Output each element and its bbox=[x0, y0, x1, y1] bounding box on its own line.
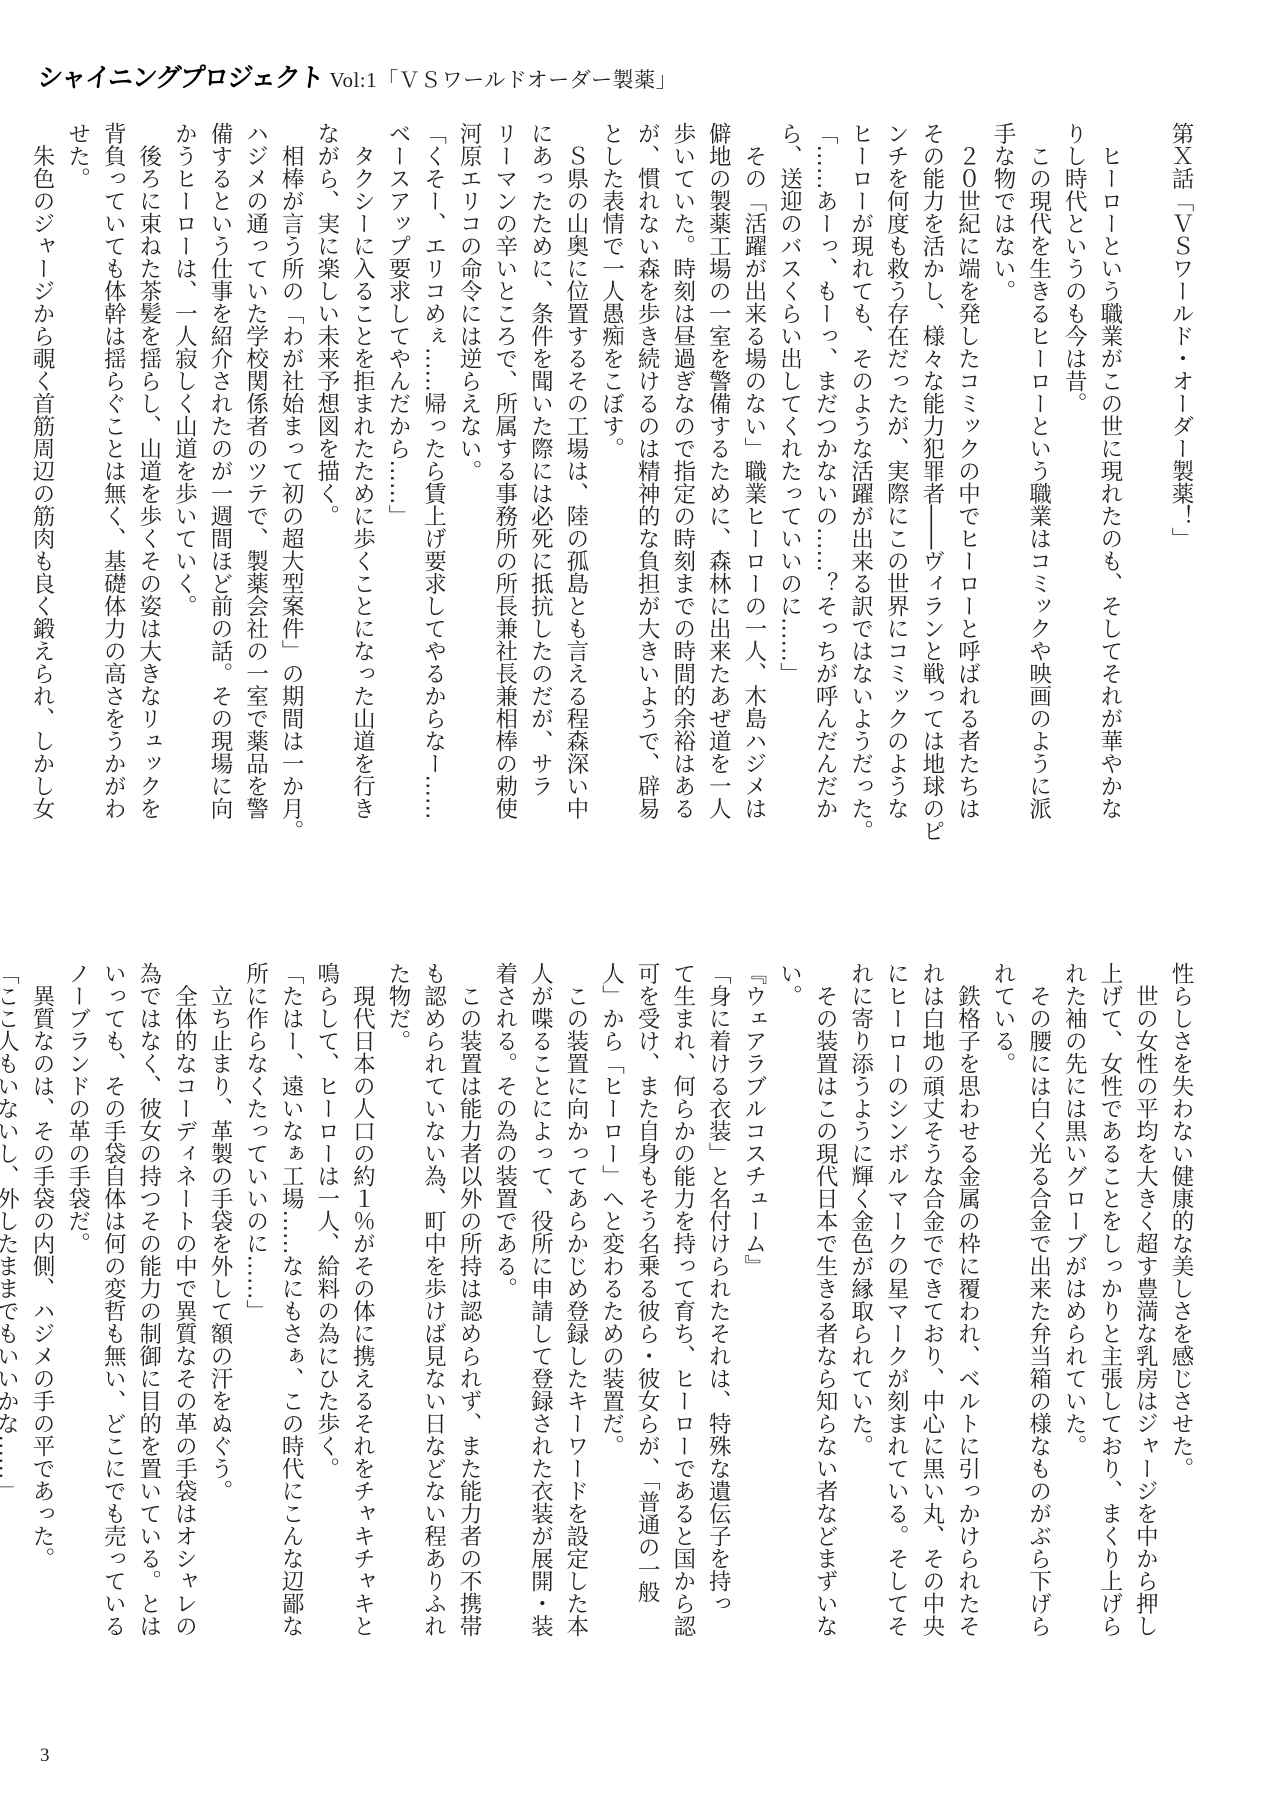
text-line: 後ろに束ねた茶髪を揺らし、山道を歩くその姿は大きなリュックを bbox=[130, 122, 166, 952]
text-line: 着される。その為の装置である。 bbox=[486, 962, 522, 1792]
text-line: ベースアップ要求してやんだから……」 bbox=[379, 122, 415, 952]
text-line: れに寄り添うように輝く金色が縁取られていた。 bbox=[842, 962, 878, 1792]
text-line: 人が喋ることによって、役所に申請して登録された衣装が展開・装 bbox=[522, 962, 558, 1792]
text-line: れは白地の頑丈そうな合金でできており、中心に黒い丸、その中央 bbox=[913, 962, 949, 1792]
text-line: 性らしさを失わない健康的な美しさを感じさせた。 bbox=[1162, 962, 1198, 1792]
page-header: シャイニングプロジェクト Vol:1「ＶＳワールドオーダー製薬」 bbox=[38, 54, 677, 94]
text-line bbox=[1127, 122, 1163, 952]
text-line: 「ここ人もいないし、外したままでもいいかな……」 bbox=[0, 962, 23, 1792]
text-tier-top: 第Ｘ話「ＶＳワールド・オーダー製薬！」 ヒーローという職業がこの世に現れたのも、… bbox=[73, 122, 1198, 952]
text-line: ハジメの通っていた学校関係者のツテで、製薬会社の一室で薬品を警 bbox=[237, 122, 273, 952]
text-tier-bottom: 性らしさを失わない健康的な美しさを感じさせた。 世の女性の平均を大きく超す豊満な… bbox=[73, 962, 1198, 1792]
text-line: 「身に着ける衣装」と名付けられたそれは、特殊な遺伝子を持っ bbox=[700, 962, 736, 1792]
text-line: その「活躍が出来る場のない」職業ヒーローの一人、木島ハジメは bbox=[735, 122, 771, 952]
text-line: ノーブランドの革の手袋だ。 bbox=[59, 962, 95, 1792]
text-line: ンチを何度も救う存在だったが、実際にこの世界にコミックのような bbox=[878, 122, 914, 952]
text-line: りし時代というのも今は昔。 bbox=[1056, 122, 1092, 952]
text-line: その能力を活かし、様々な能力犯罪者――ヴィランと戦っては地球のピ bbox=[913, 122, 949, 952]
text-line: 現代日本の人口の約１％がその体に携えるそれをチャキチャキと bbox=[344, 962, 380, 1792]
text-line: ながら、実に楽しい未来予想図を描く。 bbox=[308, 122, 344, 952]
chapter-title: 第Ｘ話「ＶＳワールド・オーダー製薬！」 bbox=[1162, 122, 1198, 952]
text-line: れている。 bbox=[984, 962, 1020, 1792]
text-line: とした表情で一人愚痴をこぼす。 bbox=[593, 122, 629, 952]
text-line: 人」から「ヒーロー」へと変わるための装置だ。 bbox=[593, 962, 629, 1792]
text-line: にヒーローのシンボルマークの星マークが刻まれている。そしてそ bbox=[878, 962, 914, 1792]
text-line: にあったために、条件を聞いた際には必死に抵抗したのだが、サラ bbox=[522, 122, 558, 952]
text-line: 可を受け、また自身もそう名乗る彼ら・彼女らが、「普通の一般 bbox=[629, 962, 665, 1792]
text-line: ら、送迎のバスくらい出してくれたっていいのに……」 bbox=[771, 122, 807, 952]
text-line: 「たはー、遠いなぁ工場……なにもさぁ、この時代にこんな辺鄙な bbox=[273, 962, 309, 1792]
text-line: 「……あーっ、もーっ、まだつかないの……？そっちが呼んだんだか bbox=[806, 122, 842, 952]
text-line: 歩いていた。時刻は昼過ぎなので指定の時刻までの時間的余裕はある bbox=[664, 122, 700, 952]
series-logo: シャイニングプロジェクト bbox=[36, 57, 325, 95]
text-line: 相棒が言う所の「わが社始まって初の超大型案件」の期間は一か月。 bbox=[273, 122, 309, 952]
text-line: リーマンの辛いところで、所属する事務所の所長兼社長兼相棒の勅使 bbox=[486, 122, 522, 952]
text-line: 上げて、女性であることをしっかりと主張しており、まくり上げら bbox=[1091, 962, 1127, 1792]
text-line: この装置に向かってあらかじめ登録したキーワードを設定した本 bbox=[557, 962, 593, 1792]
text-line: 鉄格子を思わせる金属の枠に覆われ、ベルトに引っかけられたそ bbox=[949, 962, 985, 1792]
text-line: この現代を生きるヒーローという職業はコミックや映画のように派 bbox=[1020, 122, 1056, 952]
text-line: が、慣れない森を歩き続けるのは精神的な負担が大きいようで、辟易 bbox=[629, 122, 665, 952]
text-line: ヒーローが現れても、そのような活躍が出来る訳ではないようだった。 bbox=[842, 122, 878, 952]
text-line: 世の女性の平均を大きく超す豊満な乳房はジャージを中から押し bbox=[1127, 962, 1163, 1792]
text-line: 所に作らなくたっていいのに……」 bbox=[237, 962, 273, 1792]
text-line: 手な物ではない。 bbox=[984, 122, 1020, 952]
text-line: ２０世紀に端を発したコミックの中でヒーローと呼ばれる者たちは bbox=[949, 122, 985, 952]
text-line: 朱色のジャージから覗く首筋周辺の筋肉も良く鍛えられ、しかし女 bbox=[23, 122, 59, 952]
text-line: Ｓ県の山奥に位置するその工場は、陸の孤島とも言える程森深い中 bbox=[557, 122, 593, 952]
text-line: その腰には白く光る合金で出来た弁当箱の様なものがぶら下げら bbox=[1020, 962, 1056, 1792]
volume-title: Vol:1「ＶＳワールドオーダー製薬」 bbox=[330, 64, 678, 94]
text-line: タクシーに入ることを拒まれたために歩くことになった山道を行き bbox=[344, 122, 380, 952]
text-line: せた。 bbox=[59, 122, 95, 952]
text-line: その装置はこの現代日本で生きる者なら知らない者などまずいな bbox=[806, 962, 842, 1792]
text-line: いっても、その手袋自体は何の変哲も無い、どこにでも売っている bbox=[95, 962, 131, 1792]
text-line: 河原エリコの命令には逆らえない。 bbox=[451, 122, 487, 952]
text-line: れた袖の先には黒いグローブがはめられていた。 bbox=[1056, 962, 1092, 1792]
text-line: 「くそー、エリコめぇ……帰ったら賃上げ要求してやるからなー…… bbox=[415, 122, 451, 952]
text-line: 鳴らして、ヒーローは一人、給料の為にひた歩く。 bbox=[308, 962, 344, 1792]
text-line: た物だ。 bbox=[379, 962, 415, 1792]
text-line: て生まれ、何らかの能力を持って育ち、ヒーローであると国から認 bbox=[664, 962, 700, 1792]
text-line: 僻地の製薬工場の一室を警備するために、森林に出来たあぜ道を一人 bbox=[700, 122, 736, 952]
text-line: い。 bbox=[771, 962, 807, 1792]
text-line: この装置は能力者以外の所持は認められず、また能力者の不携帯 bbox=[451, 962, 487, 1792]
text-line: 全体的なコーディネートの中で異質なその革の手袋はオシャレの bbox=[166, 962, 202, 1792]
text-line: 異質なのは、その手袋の内側、ハジメの手の平であった。 bbox=[23, 962, 59, 1792]
text-line: 立ち止まり、革製の手袋を外して額の汗をぬぐう。 bbox=[201, 962, 237, 1792]
page-number: 3 bbox=[40, 1745, 50, 1767]
text-line: かうヒーローは、一人寂しく山道を歩いていく。 bbox=[166, 122, 202, 952]
text-line: も認められていない為、町中を歩けば見ない日などない程ありふれ bbox=[415, 962, 451, 1792]
text-line: 背負っていても体幹は揺らぐことは無く、基礎体力の高さをうかがわ bbox=[95, 122, 131, 952]
text-line: 『ウェアラブルコスチューム』 bbox=[735, 962, 771, 1792]
text-line: 備するという仕事を紹介されたのが一週間ほど前の話。その現場に向 bbox=[201, 122, 237, 952]
text-line: ヒーローという職業がこの世に現れたのも、そしてそれが華やかな bbox=[1091, 122, 1127, 952]
text-line: 為ではなく、彼女の持つその能力の制御に目的を置いている。とは bbox=[130, 962, 166, 1792]
